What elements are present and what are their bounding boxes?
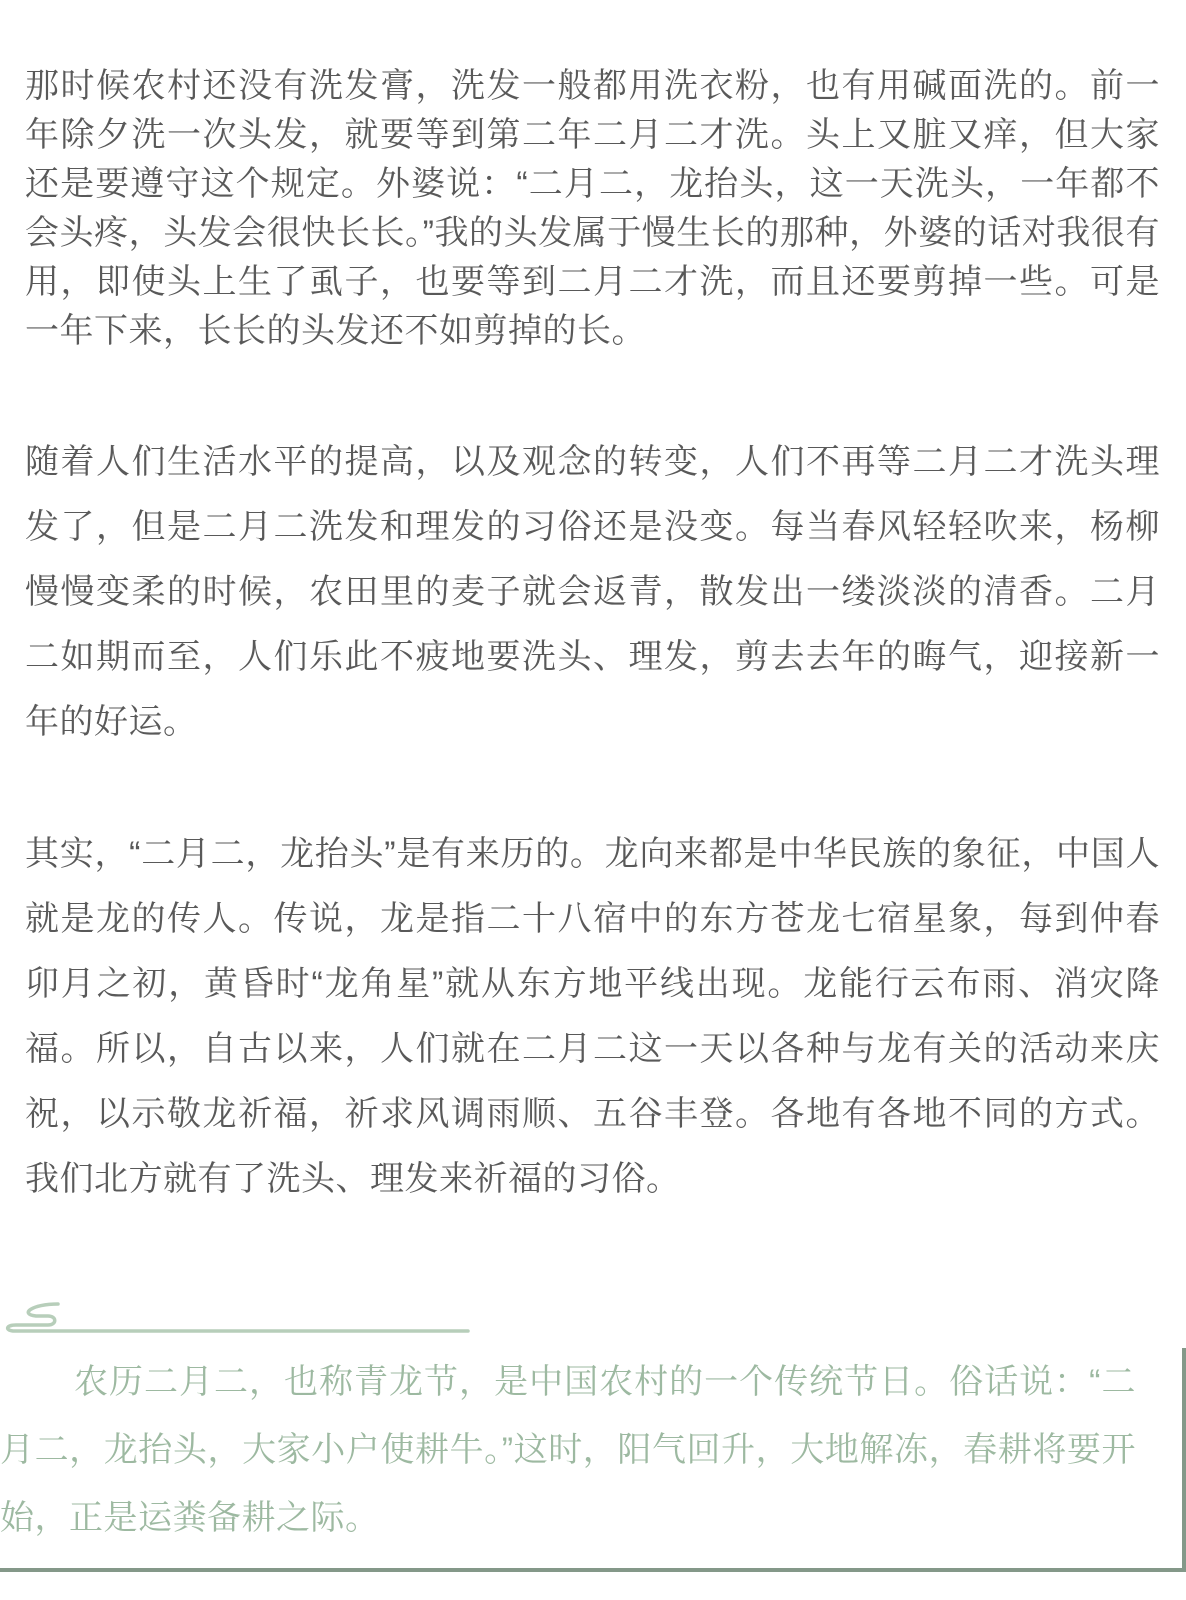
paragraph-shampoo-memory: 那时候农村还没有洗发膏，洗发一般都用洗衣粉，也有用碱面洗的。前一年除夕洗一次头发… xyxy=(25,62,1160,356)
paragraph-dragon-origin: 其实，“二月二，龙抬头”是有来历的。龙向来都是中华民族的象征，中国人就是龙的传人… xyxy=(25,822,1160,1212)
quote-box: 农历二月二，也称青龙节，是中国农村的一个传统节日。俗话说：“二月二，龙抬头，大家… xyxy=(0,1348,1186,1572)
section-divider xyxy=(2,1285,472,1337)
quote-text: 农历二月二，也称青龙节，是中国农村的一个传统节日。俗话说：“二月二，龙抬头，大家… xyxy=(0,1348,1136,1552)
paragraph-custom-today: 随着人们生活水平的提高，以及观念的转变，人们不再等二月二才洗头理发了，但是二月二… xyxy=(25,430,1160,755)
article-body: 那时候农村还没有洗发膏，洗发一般都用洗衣粉，也有用碱面洗的。前一年除夕洗一次头发… xyxy=(0,0,1186,1600)
scroll-ornament-icon xyxy=(2,1285,472,1337)
